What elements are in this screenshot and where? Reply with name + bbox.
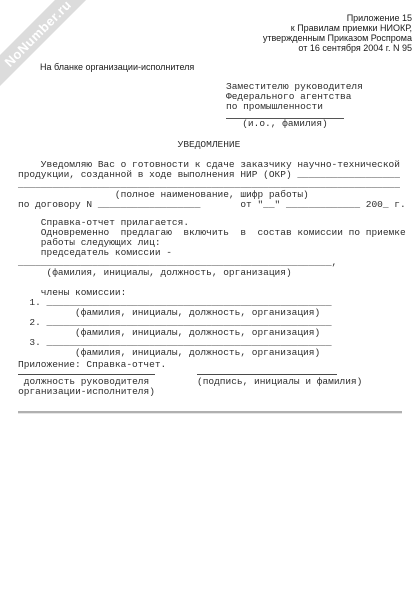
letterhead-note: На бланке организации-исполнителя (40, 62, 194, 72)
signature-left-line (18, 374, 155, 375)
signature-right-block: (подпись, инициалы и фамилия) (197, 374, 337, 387)
signature-left-caption: организации-исполнителя) (18, 387, 155, 397)
field-caption-line: (фамилия, инициалы, должность, организац… (18, 268, 406, 278)
appendix-note-line: от 16 сентября 2004 г. N 95 (263, 43, 412, 53)
commission-block: Справка-отчет прилагается. Одновременно … (18, 218, 406, 358)
signature-right-line (197, 374, 337, 375)
addressee-line: по промышленности (226, 102, 363, 112)
watermark-ribbon: NoNumber.ru (0, 0, 104, 99)
appendix-note: Приложение 15 к Правилам приемки НИОКР, … (263, 13, 412, 53)
notification-intro-block: УВЕДОМЛЕНИЕ Уведомляю Вас о готовности к… (18, 140, 406, 210)
appendix-note-line: Приложение 15 (263, 13, 412, 23)
appendix-note-line: к Правилам приемки НИОКР, (263, 23, 412, 33)
document-page: NoNumber.ru Приложение 15 к Правилам при… (0, 0, 420, 600)
signature-right-caption: (подпись, инициалы и фамилия) (197, 377, 337, 387)
field-caption-line: (фамилия, инициалы, должность, организац… (18, 348, 406, 358)
appendix-note-line: утвержденным Приказом Роспрома (263, 33, 412, 43)
page-divider (18, 411, 402, 414)
signature-left-block: должность руководителя организации-испол… (18, 374, 155, 397)
addressee-signature-caption: (и.о., фамилия) (226, 119, 344, 129)
attachment-line: Приложение: Справка-отчет. (18, 360, 166, 370)
attachment-block: Приложение: Справка-отчет. (18, 360, 166, 370)
contract-line: по договору N __________________ от "__"… (18, 200, 406, 210)
watermark-text: NoNumber.ru (1, 0, 74, 69)
addressee-block: Заместителю руководителя Федерального аг… (226, 82, 363, 129)
document-title-line: УВЕДОМЛЕНИЕ (18, 140, 406, 150)
